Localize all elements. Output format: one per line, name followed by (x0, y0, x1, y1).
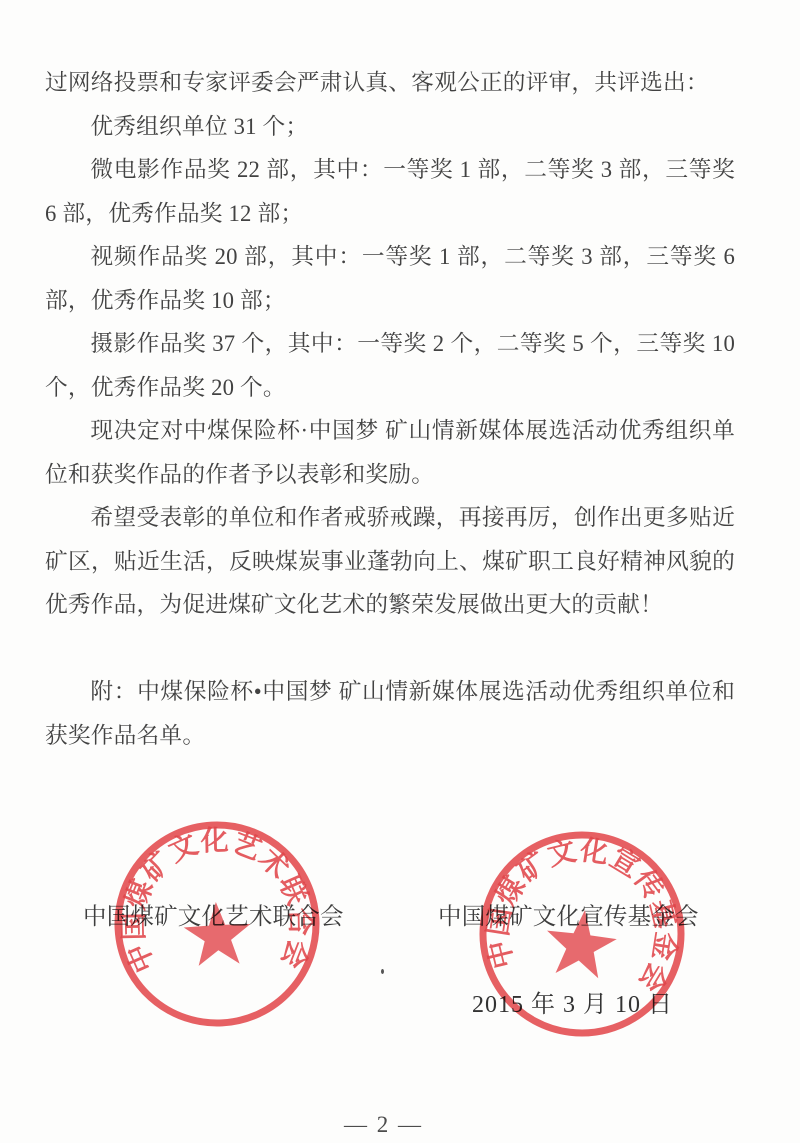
right-official-seal: 中国煤矿文化宣传基金会 (459, 811, 704, 1056)
paragraph-video-awards: 视频作品奖 20 部，其中：一等奖 1 部，二等奖 3 部，三等奖 6 部，优秀… (45, 235, 735, 322)
scan-speck (381, 969, 384, 974)
left-official-seal: 中国煤矿文化艺术联合会 (101, 808, 332, 1039)
right-seal-arc-text: 中国煤矿文化宣传基金会 (477, 822, 694, 1000)
paragraph-microfilm-awards: 微电影作品奖 22 部，其中：一等奖 1 部，二等奖 3 部，三等奖 6 部，优… (45, 148, 735, 235)
seal-star-icon (542, 906, 620, 980)
page-number: — 2 — (344, 1112, 423, 1138)
paragraph-continuation: 过网络投票和专家评委会严肃认真、客观公正的评审，共评选出： (45, 61, 735, 105)
paragraph-attachment-note: 附：中煤保险杯•中国梦 矿山情新媒体展选活动优秀组织单位和获奖作品名单。 (45, 670, 735, 757)
svg-text:中国煤矿文化宣传基金会: 中国煤矿文化宣传基金会 (477, 822, 694, 1000)
paragraph-photography-awards: 摄影作品奖 37 个，其中：一等奖 2 个，二等奖 5 个，三等奖 10 个，优… (45, 322, 735, 409)
scanned-document-page: 过网络投票和专家评委会严肃认真、客观公正的评审，共评选出： 优秀组织单位 31 … (0, 0, 800, 1143)
paragraph-decision: 现决定对中煤保险杯·中国梦 矿山情新媒体展选活动优秀组织单位和获奖作品的作者予以… (45, 409, 735, 496)
left-seal-arc-text: 中国煤矿文化艺术联合会 (112, 819, 320, 984)
svg-text:中国煤矿文化艺术联合会: 中国煤矿文化艺术联合会 (112, 819, 320, 984)
seal-star-icon (182, 900, 252, 966)
paragraph-encouragement: 希望受表彰的单位和作者戒骄戒躁，再接再厉，创作出更多贴近矿区，贴近生活，反映煤炭… (45, 496, 735, 627)
paragraph-organization-awards: 优秀组织单位 31 个； (45, 105, 735, 149)
document-body: 过网络投票和专家评委会严肃认真、客观公正的评审，共评选出： 优秀组织单位 31 … (45, 61, 735, 757)
